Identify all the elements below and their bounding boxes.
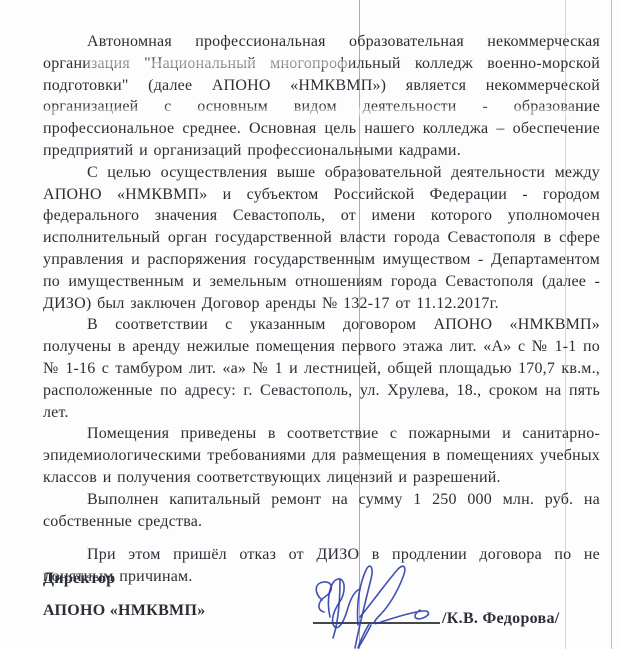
paragraph-1: Автономная профессиональная образователь… (43, 31, 600, 162)
paragraph-2: С целью осуществления выше образовательн… (43, 162, 600, 315)
paragraph-4: Помещения приведены в соответствие с пож… (43, 423, 600, 488)
handwritten-signature (300, 555, 450, 649)
vertical-fold-line-right-edge (611, 0, 612, 649)
signature-organization: АПОНО «НМКВМП» (43, 602, 206, 620)
scanned-document-page: Автономная профессиональная образователь… (0, 0, 618, 649)
signature-title: Директор (43, 570, 115, 588)
paragraph-3: В соответствии с указанным договором АПО… (43, 314, 600, 423)
paragraph-5: Выполнен капитальный ремонт на сумму 1 2… (43, 489, 600, 533)
signature-name: /К.В. Федорова/ (442, 610, 560, 628)
document-body: Автономная профессиональная образователь… (43, 31, 600, 588)
